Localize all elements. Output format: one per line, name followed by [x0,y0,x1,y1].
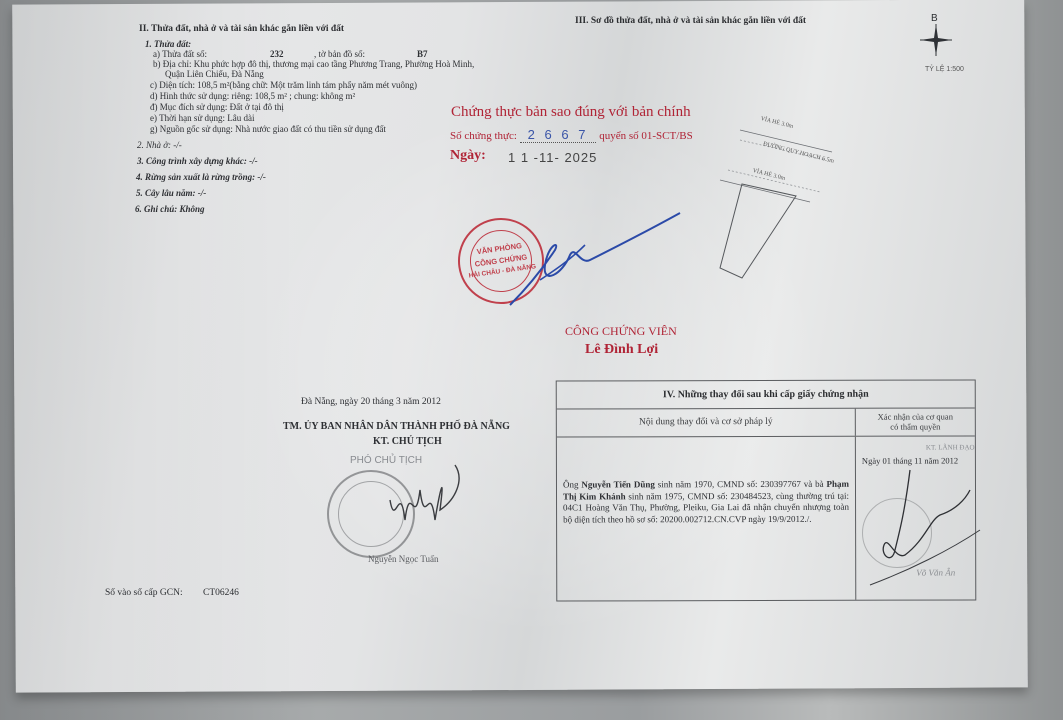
signing-organization: TM. ỦY BAN NHÂN DÂN THÀNH PHỐ ĐÀ NẴNG [283,421,510,432]
compass-icon [918,22,954,58]
certification-title: Chứng thực bản sao đúng với bản chính [451,104,691,121]
signing-place-date: Đà Nẵng, ngày 20 tháng 3 năm 2012 [301,397,441,407]
registry-value: CT06246 [203,588,239,598]
parcel-diagram [700,110,850,280]
notary-signature [500,205,690,315]
owner1-name: Nguyễn Tiến Dũng [581,479,654,489]
notary-name: Lê Đình Lợi [585,342,658,357]
certification-number: Số chứng thực: 2 6 6 7 quyển số 01-SCT/B… [450,128,693,142]
section3-title: III. Sơ đồ thửa đất, nhà ở và tài sản kh… [575,16,806,26]
certification-book: quyển số 01-SCT/BS [599,130,693,142]
signing-role: KT. CHỦ TỊCH [373,436,442,447]
confirm-org: KT. LÃNH ĐẠO [926,444,975,452]
perennial-tree-item: 5. Cây lâu năm: -/- [136,189,206,199]
certification-number-label: Số chứng thực: [450,130,517,142]
registry-label: Số vào sổ cấp GCN: [105,588,183,598]
usage-purpose-line: đ) Mục đích sử dụng: Đất ở tại đô thị [150,103,284,113]
usage-form-line: d) Hình thức sử dụng: riêng: 108,5 m² ; … [150,92,355,102]
col-authority-header: Xác nhận của cơ quan có thẩm quyền [856,408,975,435]
change-entry: Ông Nguyễn Tiến Dũng sinh năm 1970, CMND… [563,479,849,526]
scale-label: TỶ LỆ 1:500 [925,66,964,74]
certification-number-value: 2 6 6 7 [520,127,597,143]
confirm-date: Ngày 01 tháng 11 năm 2012 [862,456,958,466]
usage-origin-line: g) Nguồn gốc sử dụng: Nhà nước giao đất … [150,125,386,135]
usage-term-line: e) Thời hạn sử dụng: Lâu dài [150,114,254,124]
certification-date-value: 1 1 -11- 2025 [508,151,597,165]
other-construction-item: 3. Công trình xây dựng khác: -/- [137,157,258,167]
chairman-signature [385,460,475,535]
area-line: c) Diện tích: 108,5 m²(bằng chữ: Một tră… [150,81,417,91]
notes-item: 6. Ghi chú: Không [135,205,205,215]
col-change-content-header: Nội dung thay đổi và cơ sở pháp lý [557,409,856,437]
changes-table-title: IV. Những thay đổi sau khi cấp giấy chứn… [557,380,975,409]
forest-item: 4. Rừng sản xuất là rừng trồng: -/- [136,173,266,183]
notary-title: CÔNG CHỨNG VIÊN [565,325,677,338]
authority-signature [870,470,980,590]
certification-date-label: Ngày: [450,148,486,163]
address-line-2: Quận Liên Chiểu, Đà Nẵng [165,70,264,80]
house-item: 2. Nhà ở: -/- [137,141,182,151]
signer-name: Nguyễn Ngọc Tuấn [368,555,439,565]
section2-title: II. Thửa đất, nhà ở và tài sản khác gắn … [139,24,344,34]
